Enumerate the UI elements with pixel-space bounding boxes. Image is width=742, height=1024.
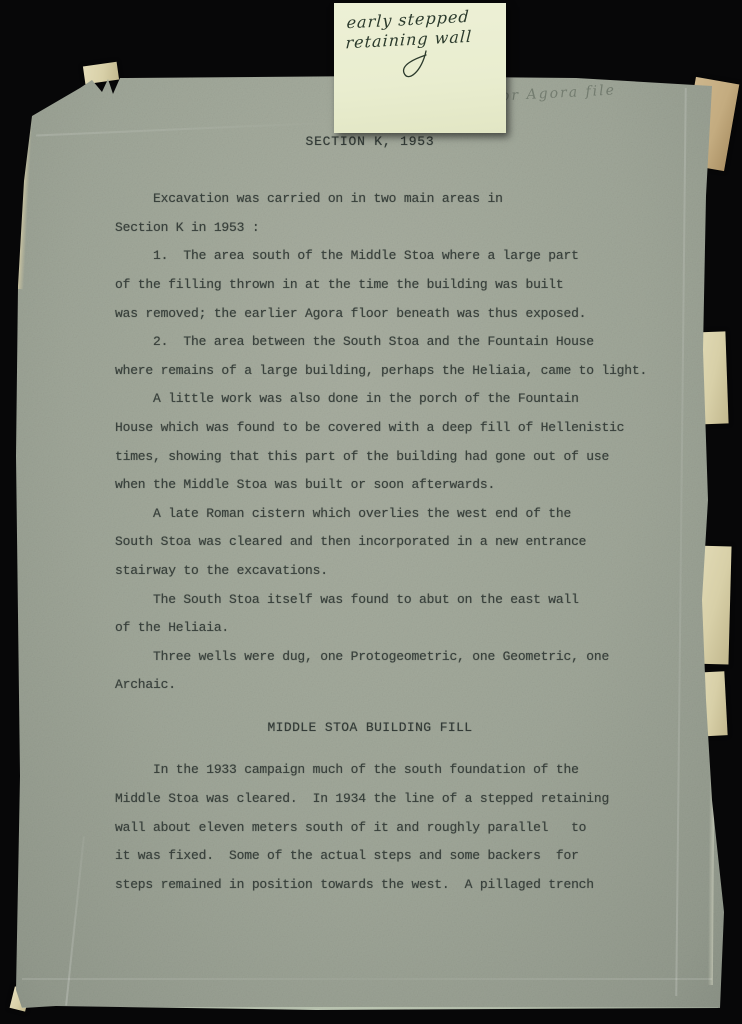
sticky-note: early stepped retaining wall — [334, 3, 506, 133]
document-page: For Agora file SECTION K, 1953 Excavatio… — [16, 76, 724, 1012]
handwritten-label: early stepped retaining wall — [345, 7, 474, 54]
scanned-photo-background: For Agora file SECTION K, 1953 Excavatio… — [0, 0, 742, 1024]
typewritten-text: SECTION K, 1953 Excavation was carried o… — [16, 76, 724, 1012]
section-heading: MIDDLE STOA BUILDING FILL — [16, 714, 724, 743]
tape-scrap-top-left-flap — [83, 62, 119, 85]
handwriting-flourish — [392, 49, 452, 89]
intro-paragraphs: Excavation was carried on in two main ar… — [16, 185, 724, 700]
section-paragraphs: In the 1933 campaign much of the south f… — [16, 756, 724, 899]
